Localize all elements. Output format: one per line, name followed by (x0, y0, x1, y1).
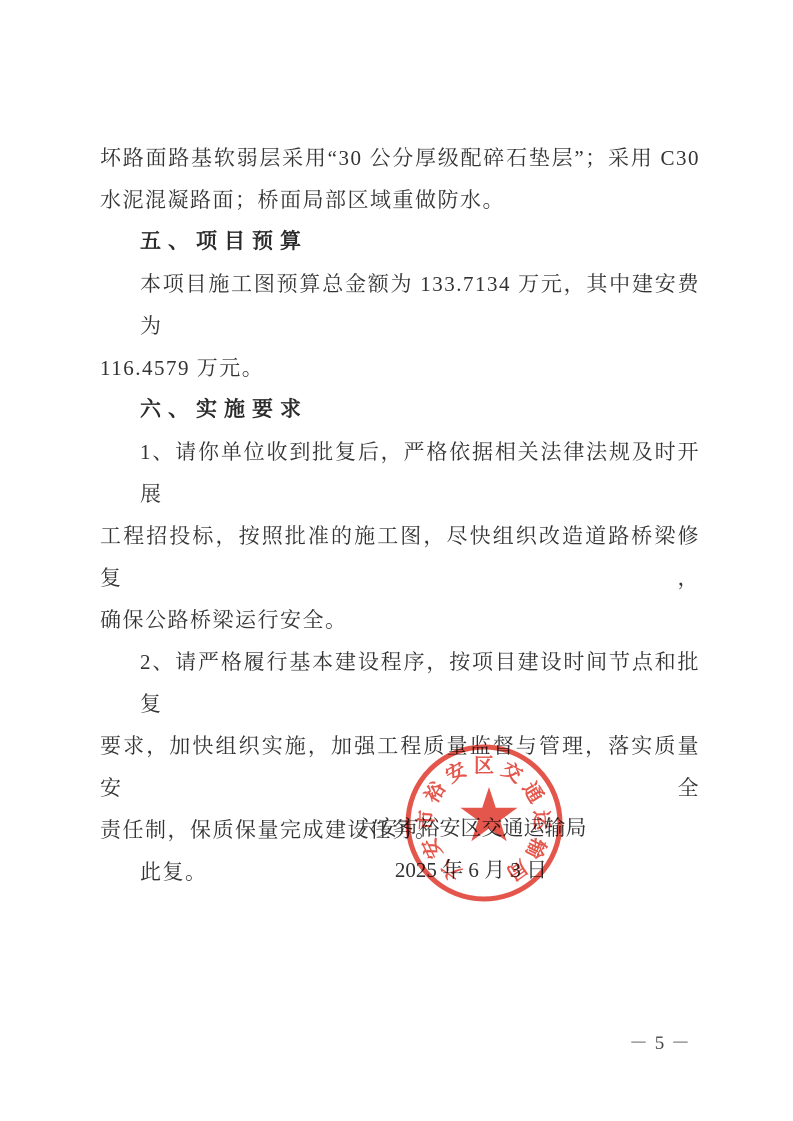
body-line: 1、请你单位收到批复后，严格依据相关法律法规及时开展 (100, 431, 700, 515)
seal-char: 市 (414, 809, 439, 830)
seal-char: 输 (521, 833, 552, 862)
seal-char: 区 (474, 754, 494, 777)
body-line: 坏路面路基软弱层采用“30 公分厚级配碎石垫层”；采用 C30 (100, 137, 700, 179)
body-line: 本项目施工图预算总金额为 133.7134 万元，其中建安费为 (100, 263, 700, 347)
section-heading-requirements: 六、实施要求 (100, 389, 700, 431)
document-page: 坏路面路基软弱层采用“30 公分厚级配碎石垫层”；采用 C30 水泥混凝路面；桥… (0, 0, 793, 1121)
section-heading-budget: 五、项目预算 (100, 221, 700, 263)
body-line: 确保公路桥梁运行安全。 (100, 599, 700, 641)
seal-char: 安 (441, 757, 470, 788)
seal-char: 通 (518, 778, 548, 807)
body-line: 水泥混凝路面；桥面局部区域重做防水。 (100, 179, 700, 221)
seal-char: 局 (502, 855, 532, 885)
page-number: － 5 － (625, 1028, 695, 1055)
seal-char: 六 (435, 854, 465, 885)
seal-char: 交 (498, 757, 527, 788)
body-line: 2、请严格履行基本建设程序，按项目建设时间节点和批复 (100, 641, 700, 725)
seal-char: 裕 (420, 777, 451, 807)
body-line: 116.4579 万元。 (100, 347, 700, 389)
body-line: 工程招投标，按照批准的施工图，尽快组织改造道路桥梁修复， (100, 515, 700, 599)
seal-char: 运 (529, 809, 553, 831)
seal-char: 安 (417, 834, 447, 862)
seal-star-icon (460, 787, 517, 841)
official-seal: 六安市裕安区交通运输局 (399, 738, 569, 908)
